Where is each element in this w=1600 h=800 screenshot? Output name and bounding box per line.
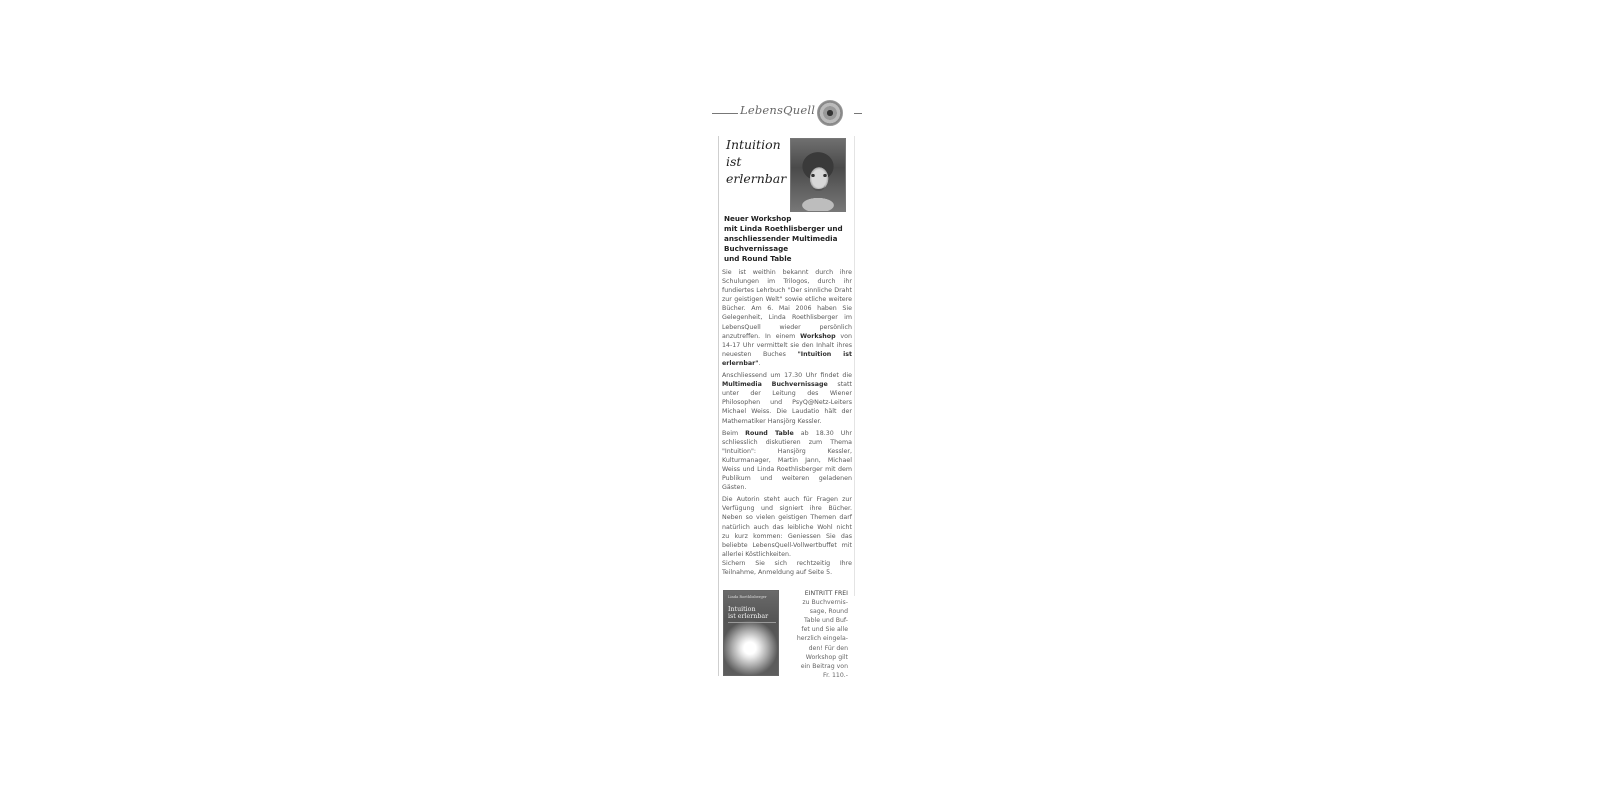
entry-note-line: fet und Sie alle xyxy=(782,625,848,634)
article-clipping: LebensQuell Intuition ist erlernbar Neue… xyxy=(706,96,866,686)
entry-note-line: sage, Round xyxy=(782,607,848,616)
body-text-run: ab 18.30 Uhr schliesslich diskutieren zu… xyxy=(722,430,852,492)
body-text-run: Sie ist weithin bekannt durch ihre Schul… xyxy=(722,269,852,340)
body-paragraph: Die Autorin steht auch für Fragen zur Ve… xyxy=(722,495,852,559)
body-text-run: Beim xyxy=(722,430,745,437)
subhead-line: mit Linda Roethlisberger und xyxy=(724,224,854,234)
entry-note-line: Fr. 110.- xyxy=(782,671,848,680)
entry-note-line: den! Für den xyxy=(782,644,848,653)
article-subhead: Neuer Workshop mit Linda Roethlisberger … xyxy=(724,214,854,264)
subhead-line: Neuer Workshop xyxy=(724,214,854,224)
body-paragraph: Sichern Sie sich rechtzeitig Ihre Teilna… xyxy=(722,559,852,577)
headline-line: Intuition xyxy=(726,136,790,153)
publication-title: LebensQuell xyxy=(740,103,815,117)
entry-note-line: herzlich eingela- xyxy=(782,634,848,643)
book-subtitle-rule xyxy=(728,622,776,625)
subhead-line: und Round Table xyxy=(724,254,854,264)
entry-note-line: ein Beitrag von xyxy=(782,662,848,671)
body-paragraph: Sie ist weithin bekannt durch ihre Schul… xyxy=(722,268,852,368)
article-body: Sie ist weithin bekannt durch ihre Schul… xyxy=(722,268,852,580)
author-portrait-photo xyxy=(790,138,846,212)
book-title: Intuition ist erlernbar xyxy=(728,607,778,621)
body-paragraph: Anschliessend um 17.30 Uhr findet die Mu… xyxy=(722,371,852,426)
entry-note-line: Table und Buf- xyxy=(782,616,848,625)
masthead: LebensQuell xyxy=(710,100,860,126)
book-title-line: ist erlernbar xyxy=(728,614,778,621)
entry-note: EINTRITT FREI zu Buchvernis- sage, Round… xyxy=(782,589,848,680)
body-emphasis: Workshop xyxy=(800,333,835,340)
masthead-rule xyxy=(712,113,738,114)
subhead-line: anschliessender Multimedia xyxy=(724,234,854,244)
body-text-run: Anschliessend um 17.30 Uhr findet die xyxy=(722,372,852,379)
portrait-detail xyxy=(812,185,825,191)
entry-note-line: zu Buchvernis- xyxy=(782,598,848,607)
frame-border xyxy=(718,136,719,676)
masthead-rule xyxy=(854,113,862,114)
headline-line: erlernbar xyxy=(726,170,790,187)
portrait-detail xyxy=(810,174,828,177)
entry-note-line: EINTRITT FREI xyxy=(782,589,848,598)
book-author: Linda Roethlisberger xyxy=(728,595,767,599)
book-cover-image: Linda Roethlisberger Intuition ist erler… xyxy=(723,590,779,676)
body-emphasis: Round Table xyxy=(745,430,794,437)
subhead-line: Buchvernissage xyxy=(724,244,854,254)
article-headline: Intuition ist erlernbar xyxy=(726,136,790,187)
entry-note-line: Workshop gilt xyxy=(782,653,848,662)
headline-line: ist xyxy=(726,153,790,170)
body-paragraph: Beim Round Table ab 18.30 Uhr schliessli… xyxy=(722,429,852,493)
frame-border xyxy=(854,136,855,596)
lebensquell-emblem-icon xyxy=(817,100,843,126)
body-emphasis: Multimedia Buchvernissage xyxy=(722,381,828,388)
body-text-run: . xyxy=(759,360,761,367)
